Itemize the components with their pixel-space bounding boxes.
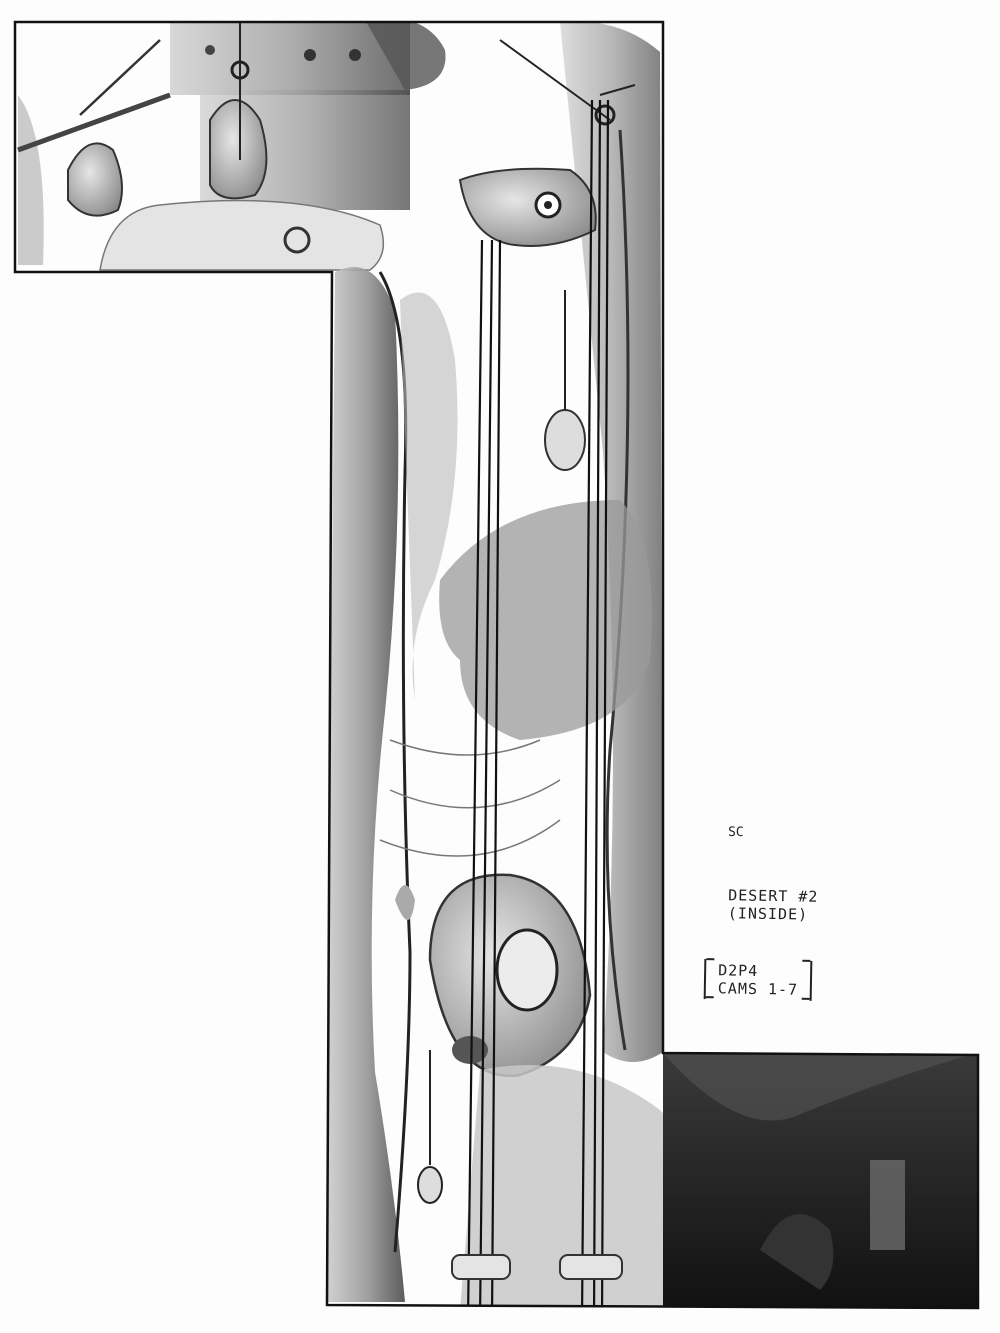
- scene-title: DESERT #2: [728, 886, 819, 906]
- drawing-content: [18, 15, 978, 1320]
- storyboard-drawing: [0, 0, 1000, 1333]
- scene-label: DESERT #2 (INSIDE): [728, 886, 819, 924]
- shot-label: D2P4 CAMS 1-7: [704, 959, 813, 1001]
- scene-subtitle: (INSIDE): [728, 904, 819, 924]
- rock-pillar-left: [325, 267, 458, 1302]
- machinery-tower: [18, 15, 446, 270]
- dark-cave: [663, 1053, 978, 1308]
- shot-code: D2P4: [718, 961, 799, 980]
- artist-signature: SC: [728, 827, 744, 839]
- camera-range: CAMS 1-7: [718, 979, 799, 998]
